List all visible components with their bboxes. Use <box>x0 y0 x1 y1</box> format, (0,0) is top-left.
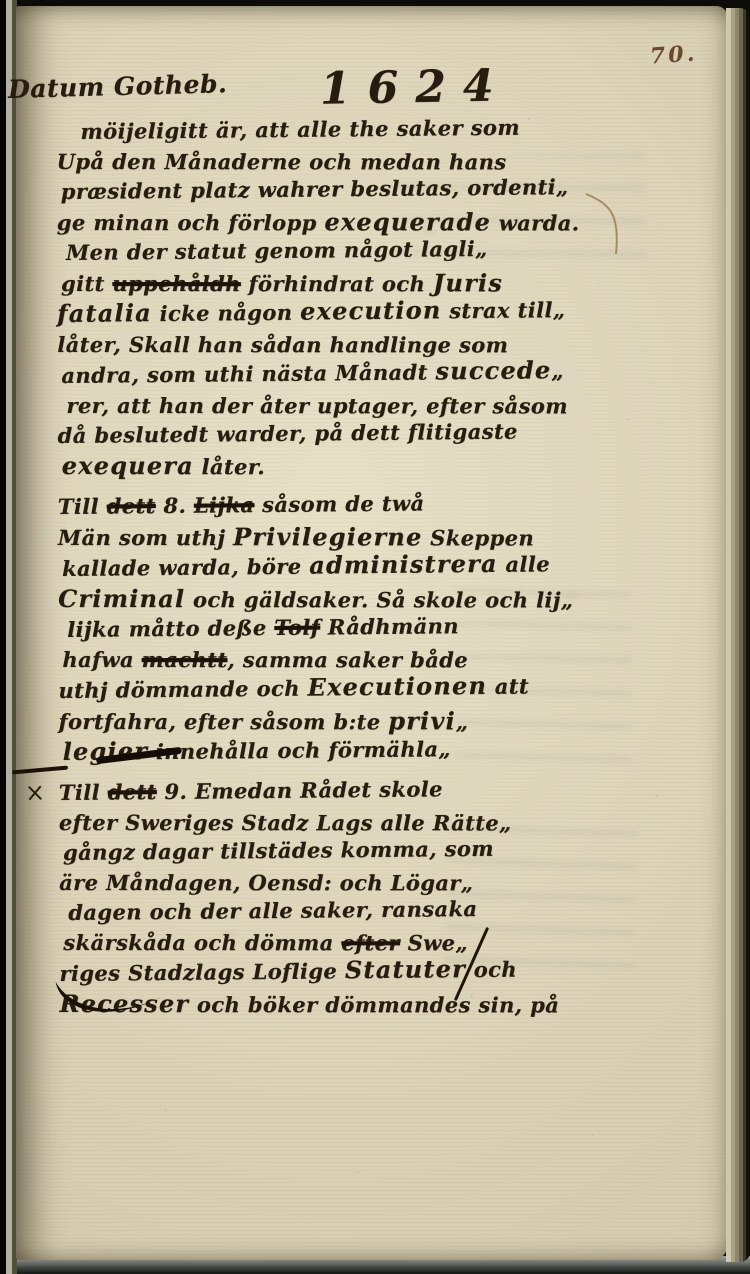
manuscript-line: Till dett 9. Emedan Rådet skole <box>59 773 619 808</box>
manuscript-line: möijeligitt är, att alle the saker som <box>80 112 616 147</box>
latin-script-word: Criminal <box>58 584 185 613</box>
latin-script-word: exequerade <box>324 207 491 236</box>
manuscript-line: fatalia icke någon execution strax till„ <box>57 294 617 330</box>
struck-word: Tolf <box>274 615 320 640</box>
correction-cross-mark <box>26 784 44 802</box>
struck-word: Lijka <box>194 492 255 518</box>
header-year: 1624 <box>320 64 511 111</box>
manuscript-text-block: möijeligitt är, att alle the saker somUp… <box>56 115 619 1020</box>
struck-word: efter <box>341 930 400 955</box>
struck-word: uppehåldh <box>112 271 240 296</box>
manuscript-line: Men der statut genom något lagli„ <box>66 233 617 268</box>
manuscript-line: då beslutedt warder, på dett flitigaste <box>57 416 617 451</box>
latin-script-word: fatalia <box>57 298 152 328</box>
latin-script-word: Executionen <box>307 671 487 702</box>
latin-script-word: administrera <box>309 549 498 580</box>
manuscript-line: andra, som uthi nästa Månadt succede„ <box>61 355 617 391</box>
header-datum: Datum Gotheb. <box>8 71 228 102</box>
scanned-manuscript-photo: Datum Gotheb. 1624 70. möijeligitt är, a… <box>0 0 750 1274</box>
page-number: 70. <box>649 42 698 67</box>
manuscript-line: legier innehålla och förmähla„ <box>62 732 618 768</box>
page-stack-edge-right <box>726 8 750 1262</box>
manuscript-line: exequera låter. <box>62 451 618 482</box>
manuscript-line: Till dett 8. Lijka såsom de twå <box>58 487 618 522</box>
struck-word: machtt <box>142 647 228 672</box>
struck-word: dett <box>107 493 156 518</box>
manuscript-line: uthj dömmande och Executionen att <box>58 670 618 706</box>
latin-script-word: exequera <box>62 451 194 480</box>
ink-flourish-crescent <box>48 968 172 1032</box>
struck-word: dett <box>108 779 157 804</box>
brown-hairline-curve <box>584 192 632 262</box>
manuscript-line: dagen och der alle saker, ransaka <box>68 893 619 928</box>
latin-script-word: succede <box>435 355 551 385</box>
latin-script-word: privi <box>388 706 456 735</box>
latin-script-word: Juris <box>433 268 503 297</box>
latin-script-word: Statuter <box>345 954 466 984</box>
paragraph-intro: möijeligitt är, att alle the saker somUp… <box>56 115 617 482</box>
manuscript-line: præsident platz wahrer beslutas, ordenti… <box>61 172 617 207</box>
manuscript-line: kallade warda, böre administrera alle <box>62 548 618 584</box>
binding-edge-left <box>0 0 17 1274</box>
manuscript-line: gångz dagar tillstädes komma, som <box>63 833 619 868</box>
manuscript-line: lijka måtto deße Tolf Rådhmänn <box>67 610 618 645</box>
latin-script-word: Privilegierne <box>233 522 422 551</box>
paragraph-till-dett-8: Till dett 8. Lijka såsom de twåMän som u… <box>58 490 619 768</box>
latin-script-word: execution <box>300 295 442 325</box>
